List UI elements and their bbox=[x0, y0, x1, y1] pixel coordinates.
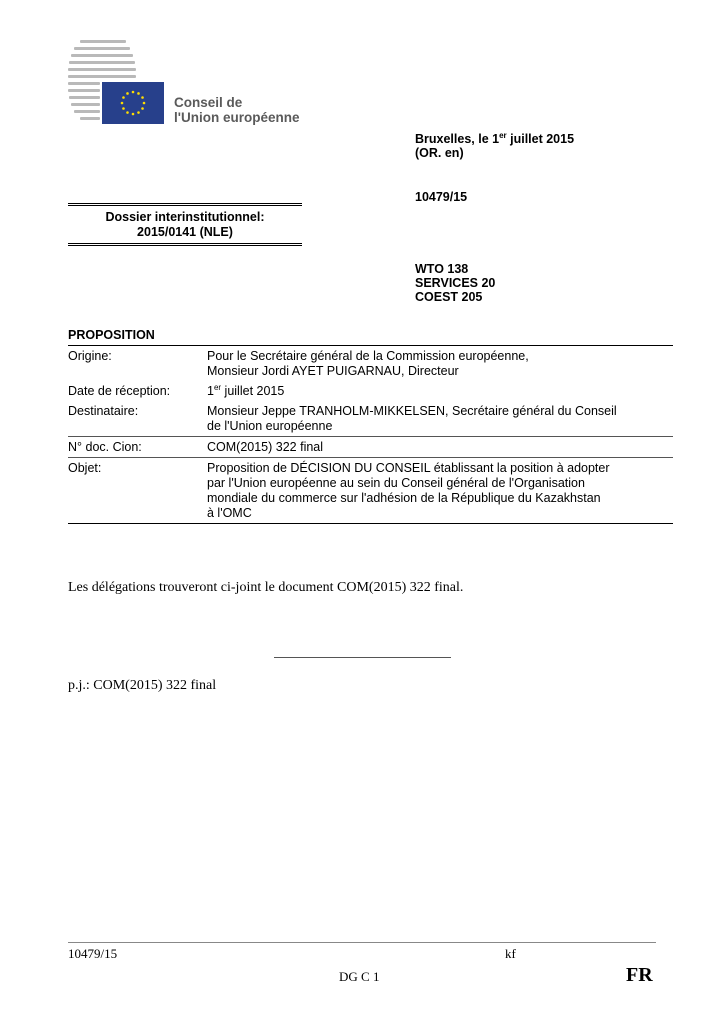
proposition-title: PROPOSITION bbox=[68, 328, 155, 342]
body-text: Les délégations trouveront ci-joint le d… bbox=[68, 580, 463, 596]
organization-name: Conseil de l'Union européenne bbox=[174, 95, 299, 125]
attachment-note: p.j.: COM(2015) 322 final bbox=[68, 678, 216, 694]
row-value: Pour le Secrétaire général de la Commiss… bbox=[207, 349, 673, 379]
document-number: 10479/15 bbox=[415, 190, 467, 204]
dossier-box: Dossier interinstitutionnel: 2015/0141 (… bbox=[68, 203, 302, 246]
footer-department: DG C 1 bbox=[339, 969, 379, 985]
code: COEST 205 bbox=[415, 290, 495, 304]
row-label: Objet: bbox=[68, 461, 207, 521]
footer-rule bbox=[68, 942, 656, 943]
place-date: Bruxelles, le 1er juillet 2015 bbox=[415, 132, 574, 146]
dossier-number: 2015/0141 (NLE) bbox=[68, 225, 302, 240]
row-origin: Origine: Pour le Secrétaire général de l… bbox=[68, 346, 673, 381]
row-doc-cion: N° doc. Cion: COM(2015) 322 final bbox=[68, 436, 673, 457]
row-label: N° doc. Cion: bbox=[68, 440, 207, 455]
org-name-line1: Conseil de bbox=[174, 95, 299, 110]
proposition-table: Origine: Pour le Secrétaire général de l… bbox=[68, 345, 673, 524]
original-language: (OR. en) bbox=[415, 146, 464, 160]
row-value: Proposition de DÉCISION DU CONSEIL établ… bbox=[207, 461, 673, 521]
row-label: Origine: bbox=[68, 349, 207, 379]
classification-codes: WTO 138 SERVICES 20 COEST 205 bbox=[415, 262, 495, 304]
org-name-line2: l'Union européenne bbox=[174, 110, 299, 125]
footer-language: FR bbox=[626, 964, 653, 987]
row-recipient: Destinataire: Monsieur Jeppe TRANHOLM-MI… bbox=[68, 401, 673, 436]
dossier-label: Dossier interinstitutionnel: bbox=[68, 210, 302, 225]
separator-line bbox=[274, 657, 451, 658]
row-label: Destinataire: bbox=[68, 404, 207, 434]
row-date-reception: Date de réception: 1er juillet 2015 bbox=[68, 381, 673, 401]
row-value: 1er juillet 2015 bbox=[207, 384, 673, 399]
row-subject: Objet: Proposition de DÉCISION DU CONSEI… bbox=[68, 457, 673, 523]
row-label: Date de réception: bbox=[68, 384, 207, 399]
code: WTO 138 bbox=[415, 262, 495, 276]
footer-initials: kf bbox=[505, 946, 516, 962]
row-value: COM(2015) 322 final bbox=[207, 440, 673, 455]
eu-flag-icon bbox=[102, 82, 164, 124]
row-value: Monsieur Jeppe TRANHOLM-MIKKELSEN, Secré… bbox=[207, 404, 673, 434]
code: SERVICES 20 bbox=[415, 276, 495, 290]
footer-doc-number: 10479/15 bbox=[68, 946, 117, 962]
